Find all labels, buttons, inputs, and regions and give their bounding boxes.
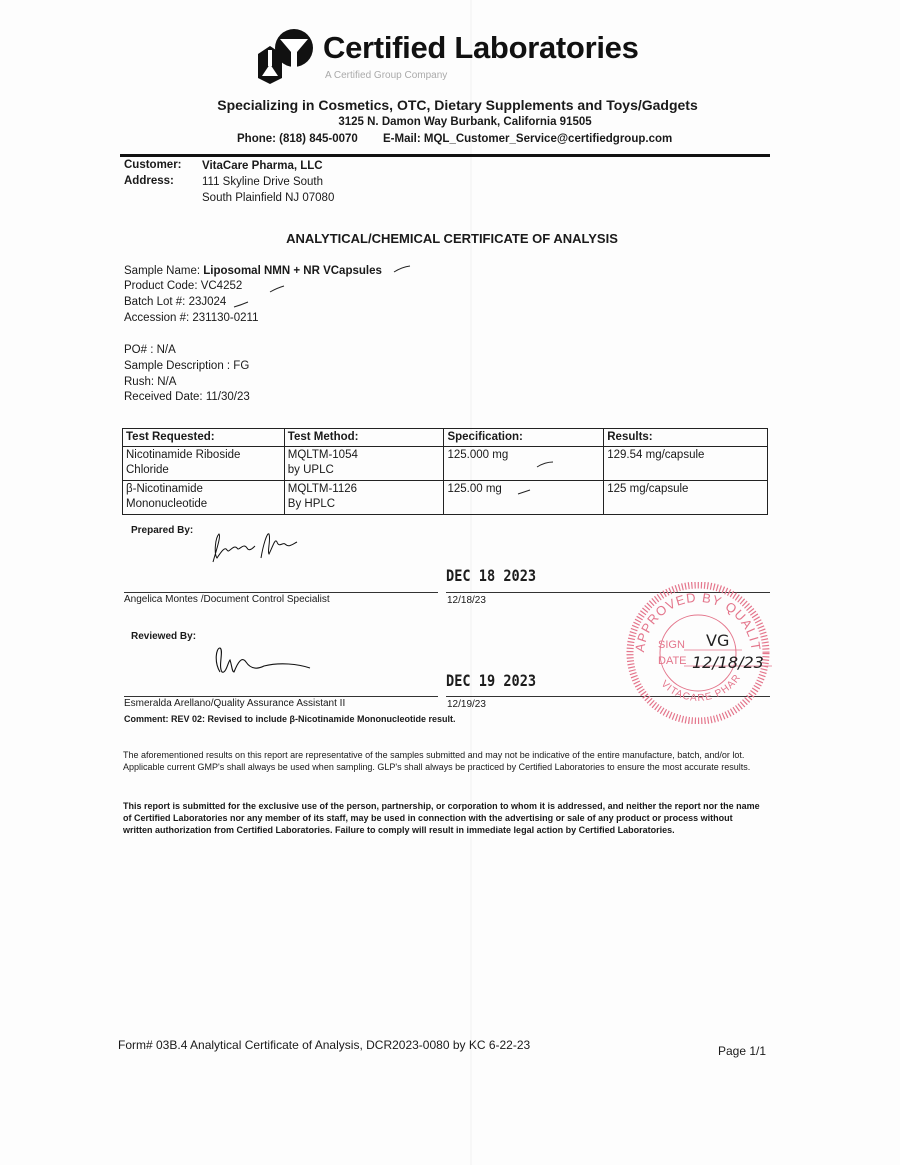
method-line: By HPLC [288, 497, 441, 512]
lab-phone: Phone: (818) 845-0070 [237, 133, 358, 145]
column-header: Test Requested: [123, 429, 285, 447]
certified-labs-logo-icon [256, 28, 314, 84]
prepared-stamp-date: DEC 18 2023 [446, 566, 536, 585]
product-code: Product Code: VC4252 [124, 280, 242, 292]
column-header: Specification: [444, 429, 604, 447]
method-line: MQLTM-1126 [288, 482, 441, 497]
form-identifier: Form# 03B.4 Analytical Certificate of An… [118, 1038, 530, 1052]
test-requested-cell: β-NicotinamideMononucleotide [123, 481, 285, 515]
specification-cell: 125.000 mg [444, 447, 604, 481]
received-date: Received Date: 11/30/23 [124, 391, 250, 403]
disclaimer-representative: The aforementioned results on this repor… [123, 749, 763, 773]
stamp-date-label: DATE [658, 655, 687, 667]
test-name-line: Chloride [126, 463, 281, 478]
check-mark-icon [232, 299, 250, 309]
customer-address-line2: South Plainfield NJ 07080 [202, 192, 334, 204]
disclaimer-exclusive-use: This report is submitted for the exclusi… [123, 800, 763, 836]
test-method-cell: MQLTM-1126By HPLC [284, 481, 444, 515]
accession-number: Accession #: 231130-0211 [124, 312, 258, 324]
svg-text:APPROVED BY QUALITY CONTROL: APPROVED BY QUALITY CONTROL [622, 582, 764, 653]
prepared-date: 12/18/23 [447, 595, 486, 606]
batch-lot: Batch Lot #: 23J024 [124, 296, 226, 308]
customer-label: Customer: [124, 159, 182, 171]
check-mark-icon [268, 284, 286, 294]
test-name-line: Nicotinamide Riboside [126, 448, 281, 463]
reviewed-date: 12/19/23 [447, 699, 486, 710]
column-header: Test Method: [284, 429, 444, 447]
customer-name: VitaCare Pharma, LLC [202, 160, 323, 172]
method-line: by UPLC [288, 463, 441, 478]
document-title: ANALYTICAL/CHEMICAL CERTIFICATE OF ANALY… [0, 231, 900, 246]
stamp-initials: VG [706, 631, 729, 650]
test-name-line: Mononucleotide [126, 497, 281, 512]
reviewed-stamp-date: DEC 19 2023 [446, 671, 536, 690]
check-mark-icon [516, 488, 532, 496]
reviewed-signature [210, 642, 320, 678]
brand-name: Certified Laboratories [323, 30, 639, 66]
table-row: β-NicotinamideMononucleotide MQLTM-1126B… [123, 481, 768, 515]
test-name-line: β-Nicotinamide [126, 482, 281, 497]
address-label: Address: [124, 175, 174, 187]
test-method-cell: MQLTM-1054by UPLC [284, 447, 444, 481]
lab-contact: Phone: (818) 845-0070 E-Mail: MQL_Custom… [237, 133, 672, 145]
results-table: Test Requested: Test Method: Specificati… [122, 428, 768, 515]
prepared-name-title: Angelica Montes /Document Control Specia… [124, 594, 330, 605]
reviewed-by-label: Reviewed By: [131, 631, 196, 642]
specification-cell: 125.00 mg [444, 481, 604, 515]
table-header-row: Test Requested: Test Method: Specificati… [123, 429, 768, 447]
page-number: Page 1/1 [718, 1044, 766, 1058]
sample-name-label: Sample Name: [124, 265, 203, 277]
lab-email[interactable]: E-Mail: MQL_Customer_Service@certifiedgr… [383, 133, 672, 145]
stamp-sign-label: SIGN [658, 639, 685, 651]
sample-description: Sample Description : FG [124, 360, 249, 372]
title-text: ANALYTICAL/CHEMICAL CERTIFICATE OF ANALY… [286, 231, 618, 246]
customer-address-line1: 111 Skyline Drive South [202, 176, 323, 188]
lab-address: 3125 N. Damon Way Burbank, California 91… [0, 116, 900, 128]
tagline-text: Specializing in Cosmetics, OTC, Dietary … [217, 97, 698, 113]
revision-comment: Comment: REV 02: Revised to include β-Ni… [124, 714, 456, 724]
test-requested-cell: Nicotinamide RibosideChloride [123, 447, 285, 481]
lab-tagline: Specializing in Cosmetics, OTC, Dietary … [0, 97, 900, 113]
address-text: 3125 N. Damon Way Burbank, California 91… [338, 116, 591, 128]
prepared-signature [205, 528, 305, 570]
stamp-handwritten-date: 12/18/23 [692, 653, 764, 672]
table-row: Nicotinamide RibosideChloride MQLTM-1054… [123, 447, 768, 481]
prepared-by-label: Prepared By: [131, 525, 193, 536]
po-number: PO# : N/A [124, 344, 176, 356]
rush: Rush: N/A [124, 376, 176, 388]
check-mark-icon [535, 459, 555, 469]
column-header: Results: [604, 429, 768, 447]
reviewed-signature-line [124, 696, 438, 697]
prepared-signature-line [124, 592, 438, 593]
sample-name: Sample Name: Liposomal NMN + NR VCapsule… [124, 265, 382, 277]
stamp-top-text: APPROVED BY QUALITY CONTROL [622, 582, 764, 653]
brand-subtitle: A Certified Group Company [325, 70, 447, 81]
check-mark-icon [392, 264, 412, 274]
result-cell: 125 mg/capsule [604, 481, 768, 515]
result-cell: 129.54 mg/capsule [604, 447, 768, 481]
sample-name-value: Liposomal NMN + NR VCapsules [203, 265, 382, 277]
qc-approval-stamp: APPROVED BY QUALITY CONTROL VITACARE PHA… [622, 582, 774, 724]
reviewed-name-title: Esmeralda Arellano/Quality Assurance Ass… [124, 698, 345, 709]
header-divider [120, 154, 770, 157]
method-line: MQLTM-1054 [288, 448, 441, 463]
